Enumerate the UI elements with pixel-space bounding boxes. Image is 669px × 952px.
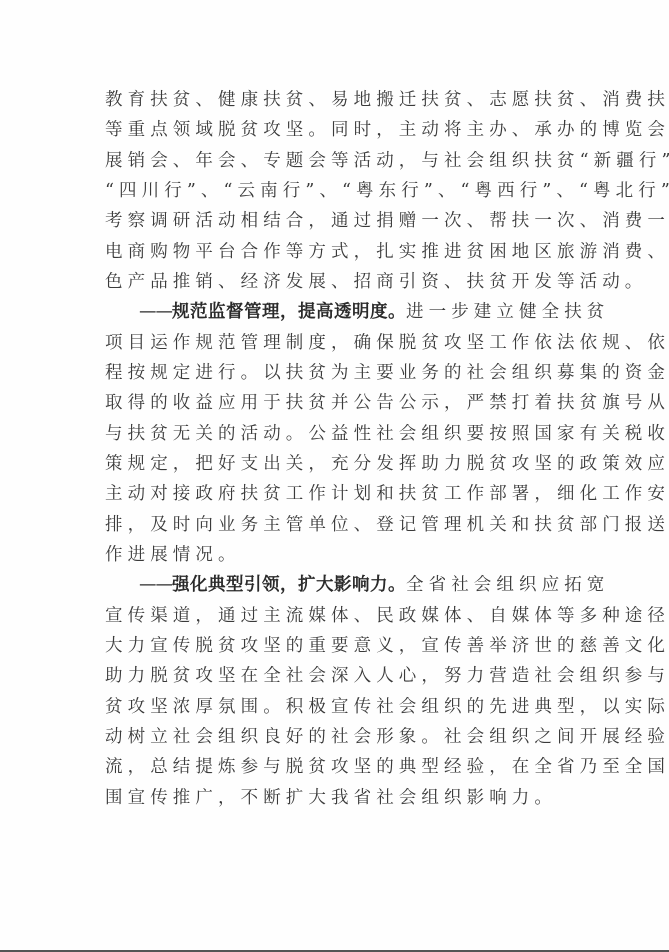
- heading-text: 规范监督管理，提高透明度。: [172, 302, 406, 322]
- heading-text: 强化典型引领，扩大影响力。: [172, 575, 406, 595]
- text-line: 与扶贫无关的活动。公益性社会组织要按照国家有关税收政: [105, 419, 565, 449]
- text-line: 教育扶贫、健康扶贫、易地搬迁扶贫、志愿扶贫、消费扶贫: [105, 85, 565, 115]
- text-line: 宣传渠道，通过主流媒体、民政媒体、自媒体等多种途径，: [105, 601, 565, 631]
- text-line: 电商购物平台合作等方式，扎实推进贫困地区旅游消费、特: [105, 237, 565, 267]
- text-line: 展销会、年会、专题会等活动，与社会组织扶贫“新疆行”、: [105, 146, 565, 176]
- em-dash: ——: [139, 302, 172, 322]
- text-line: 考察调研活动相结合，通过捐赠一次、帮扶一次、消费一次、: [105, 206, 565, 236]
- text-line: 围宣传推广，不断扩大我省社会组织影响力。: [105, 783, 565, 813]
- text-line: 助力脱贫攻坚在全社会深入人心，努力营造社会组织参与脱: [105, 661, 565, 691]
- text-line: 贫攻坚浓厚氛围。积极宣传社会组织的先进典型，以实际行: [105, 692, 565, 722]
- text-line: 流，总结提炼参与脱贫攻坚的典型经验，在全省乃至全国范: [105, 752, 565, 782]
- paragraph-typical-examples: ——强化典型引领，扩大影响力。全省社会组织应拓宽 宣传渠道，通过主流媒体、民政媒…: [105, 570, 565, 813]
- document-page: 教育扶贫、健康扶贫、易地搬迁扶贫、志愿扶贫、消费扶贫 等重点领域脱贫攻坚。同时，…: [0, 0, 669, 950]
- text-line: 取得的收益应用于扶贫并公告公示，严禁打着扶贫旗号从事: [105, 388, 565, 418]
- text-line: 动树立社会组织良好的社会形象。社会组织之间开展经验交: [105, 722, 565, 752]
- paragraph-poverty-fields: 教育扶贫、健康扶贫、易地搬迁扶贫、志愿扶贫、消费扶贫 等重点领域脱贫攻坚。同时，…: [105, 85, 565, 297]
- text-line-with-heading: ——强化典型引领，扩大影响力。全省社会组织应拓宽: [105, 570, 565, 600]
- document-body: 教育扶贫、健康扶贫、易地搬迁扶贫、志愿扶贫、消费扶贫 等重点领域脱贫攻坚。同时，…: [105, 85, 565, 813]
- section-heading-examples: ——强化典型引领，扩大影响力。: [139, 575, 406, 595]
- section-heading-supervision: ——规范监督管理，提高透明度。: [139, 302, 406, 322]
- heading-followup-text: 进一步建立健全扶贫: [406, 302, 609, 322]
- text-line-with-heading: ——规范监督管理，提高透明度。进一步建立健全扶贫: [105, 297, 565, 327]
- text-line: 程按规定进行。以扶贫为主要业务的社会组织募集的资金、: [105, 358, 565, 388]
- text-line: 等重点领域脱贫攻坚。同时，主动将主办、承办的博览会、: [105, 115, 565, 145]
- text-line: 策规定，把好支出关，充分发挥助力脱贫攻坚的政策效应。: [105, 449, 565, 479]
- paragraph-supervision: ——规范监督管理，提高透明度。进一步建立健全扶贫 项目运作规范管理制度，确保脱贫…: [105, 297, 565, 570]
- text-line: 作进展情况。: [105, 540, 565, 570]
- text-line: 排，及时向业务主管单位、登记管理机关和扶贫部门报送工: [105, 510, 565, 540]
- em-dash: ——: [139, 575, 172, 595]
- text-line: 主动对接政府扶贫工作计划和扶贫工作部署，细化工作安: [105, 479, 565, 509]
- text-line: 色产品推销、经济发展、招商引资、扶贫开发等活动。: [105, 267, 565, 297]
- text-line: “四川行”、“云南行”、“粤东行”、“粤西行”、“粤北行”等: [105, 176, 565, 206]
- heading-followup-text: 全省社会组织应拓宽: [406, 575, 609, 595]
- text-line: 项目运作规范管理制度，确保脱贫攻坚工作依法依规、依章: [105, 328, 565, 358]
- text-line: 大力宣传脱贫攻坚的重要意义，宣传善举济世的慈善文化，: [105, 631, 565, 661]
